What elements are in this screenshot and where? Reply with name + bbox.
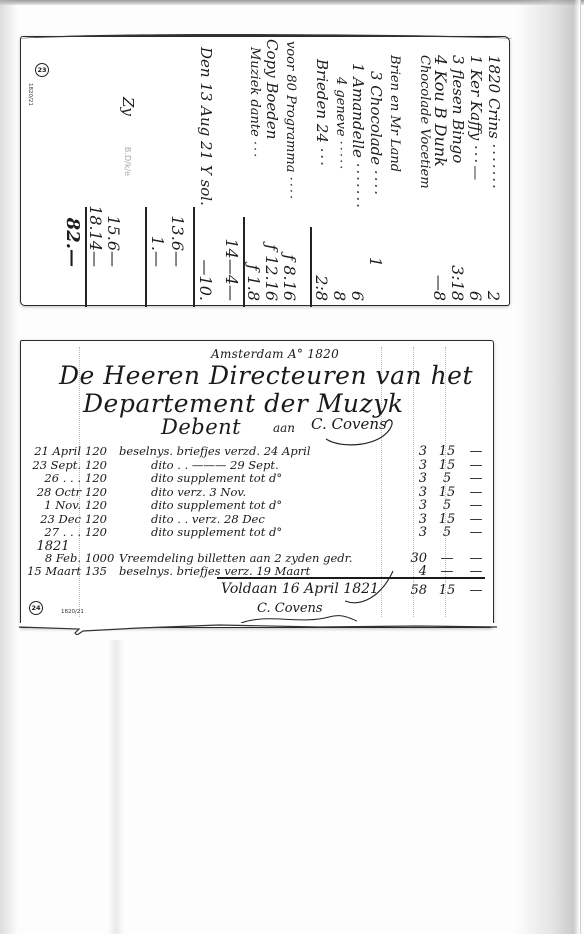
sum-rule [244, 217, 246, 307]
table-row: 26 . . . 120 dito supplement tot d° 3 5 … [21, 472, 495, 486]
total-guilders: 58 [399, 583, 427, 598]
archive-stamp-number: 24 [29, 601, 43, 615]
scanner-right-shadow [516, 0, 580, 934]
upper-amount: 15.6— [104, 215, 123, 267]
table-row: 21 April 120 beselnys. briefjes verzd. 2… [21, 445, 495, 459]
upper-line: 4 Kou B Dunk [431, 55, 449, 305]
upper-line: Brieden 24 ··· [313, 59, 331, 307]
upper-amount: 2:8 [312, 275, 331, 301]
upper-line: Chocolade Vocetiem [415, 55, 433, 305]
table-row: 27 . . . 120 dito supplement tot d° 3 5 … [21, 526, 495, 540]
total-penning: — [465, 583, 487, 598]
upper-line: 1820 Crins ······· [485, 55, 503, 305]
sum-rule [86, 207, 88, 307]
upper-line: Zy [119, 97, 137, 307]
upper-line: Brien en Mr Land [385, 55, 403, 305]
sum-rule [311, 227, 313, 307]
total-stuivers: 15 [435, 583, 459, 598]
upper-amount: 8 [330, 291, 349, 301]
paper-fold-shadow [108, 640, 124, 934]
table-row: 23 Dec 120 dito . . verz. 28 Dec 3 15 — [21, 513, 495, 527]
torn-edge [19, 623, 497, 635]
upper-line: 1 Amandelle ······· [349, 63, 367, 307]
scanned-archive-page: 23 1820/21 B.D/k/e 1820 Crins ······· 2 … [0, 0, 584, 934]
rotated-ledger: 1820 Crins ······· 2 1 Ker Kaffy ···— 6 … [21, 37, 511, 307]
stamp-number-text: 24 [31, 604, 40, 612]
table-row-year: 1821 [21, 540, 495, 552]
scanner-left-shadow [0, 0, 18, 934]
upper-line: Muziek dante ··· [245, 47, 263, 297]
upper-amount: ƒ 12.16 [262, 244, 281, 301]
upper-amount: 6 [348, 291, 367, 301]
place-and-year: Amsterdam A° 1820 [211, 347, 339, 361]
upper-line: 4 geneve ····· [331, 77, 349, 307]
debent-label: Debent [161, 415, 241, 439]
upper-amount: ƒ 8.16 [280, 254, 299, 301]
table-row: 23 Sept. 120 dito . . ——— 29 Sept. 3 15 … [21, 459, 495, 473]
table-row: 8 Feb. 1000 Vreemdeling billetten aan 2 … [21, 552, 495, 566]
lower-receipt: Amsterdam A° 1820 De Heeren Directeuren … [20, 340, 494, 628]
upper-receipt: 23 1820/21 B.D/k/e 1820 Crins ······· 2 … [20, 36, 510, 306]
upper-amount: —10. [196, 260, 215, 301]
upper-grand-total: 82.— [62, 218, 83, 267]
sum-rule [146, 207, 148, 307]
table-row: 1 Nov. 120 dito supplement tot d° 3 5 — [21, 499, 495, 513]
rotated-content-area: 1820 Crins ······· 2 1 Ker Kaffy ···— 6 … [21, 37, 511, 307]
upper-amount: ƒ 1.8 [244, 265, 263, 301]
upper-amount: 1 [366, 257, 385, 267]
table-row: 28 Octr 120 dito verz. 3 Nov. 3 15 — [21, 486, 495, 500]
aan-label: aan [273, 421, 295, 435]
paid-flourish-icon [341, 567, 401, 607]
upper-amount: 6 [466, 291, 485, 301]
flourish-icon [321, 409, 411, 449]
scanner-top-edge [0, 0, 584, 5]
ledger-table: 21 April 120 beselnys. briefjes verzd. 2… [21, 445, 495, 579]
sum-rule [194, 207, 196, 307]
scanner-right-edge [580, 0, 581, 934]
upper-amount: 18.14— [86, 205, 105, 267]
upper-amount: 14—4— [222, 238, 241, 301]
upper-line: 3 Chocolade ···· [367, 71, 385, 307]
archive-reference: 1820/21 [61, 609, 84, 615]
upper-amount: 3:18 [448, 265, 467, 301]
upper-amount: 2 [484, 291, 503, 301]
upper-amount: 1.— [148, 236, 167, 267]
upper-line: 1 Ker Kaffy ···— [467, 55, 485, 305]
title-line-1: De Heeren Directeuren van het [59, 361, 473, 390]
upper-amount: 13.6— [168, 215, 187, 267]
